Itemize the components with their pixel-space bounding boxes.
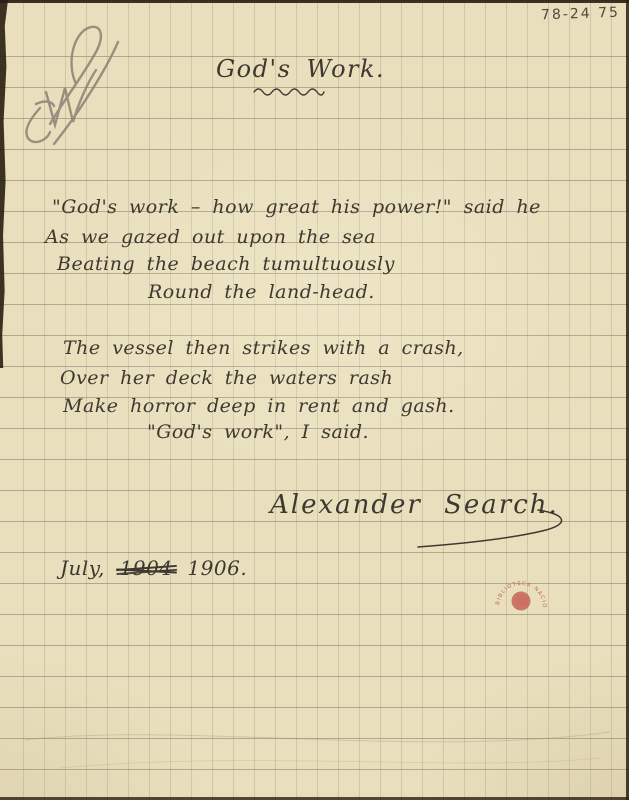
signature-flourish bbox=[400, 500, 575, 555]
poem-title: God's Work. bbox=[216, 55, 385, 83]
date-month: July, bbox=[60, 556, 105, 580]
poem-line: Round the land-head. bbox=[148, 281, 375, 303]
poem-line: As we gazed out upon the sea bbox=[45, 226, 376, 248]
date-struck-year: 1904 bbox=[118, 556, 175, 580]
poem-line: "God's work – how great his power!" said… bbox=[52, 196, 541, 218]
poem-line: The vessel then strikes with a crash, bbox=[63, 337, 464, 359]
poem-line: "God's work", I said. bbox=[147, 421, 369, 443]
dateline: July, 1904 1906. bbox=[60, 556, 247, 580]
poem-line: Make horror deep in rent and gash. bbox=[63, 395, 455, 417]
poem-line: Over her deck the waters rash bbox=[60, 367, 393, 389]
title-wavy-underline bbox=[252, 86, 328, 96]
poem-line: Beating the beach tumultuously bbox=[57, 253, 395, 275]
pencil-scrawl-icon bbox=[6, 22, 134, 147]
archive-number: 78-24 75 bbox=[541, 5, 620, 24]
paper-scratch bbox=[0, 710, 629, 780]
scan-edge-top bbox=[0, 0, 629, 3]
library-stamp-icon: BIBLIOTECA NACIONAL bbox=[492, 570, 550, 628]
manuscript-page: 78-24 75 God's Work. "God's work – how g… bbox=[0, 0, 629, 800]
date-year: 1906. bbox=[187, 556, 247, 580]
